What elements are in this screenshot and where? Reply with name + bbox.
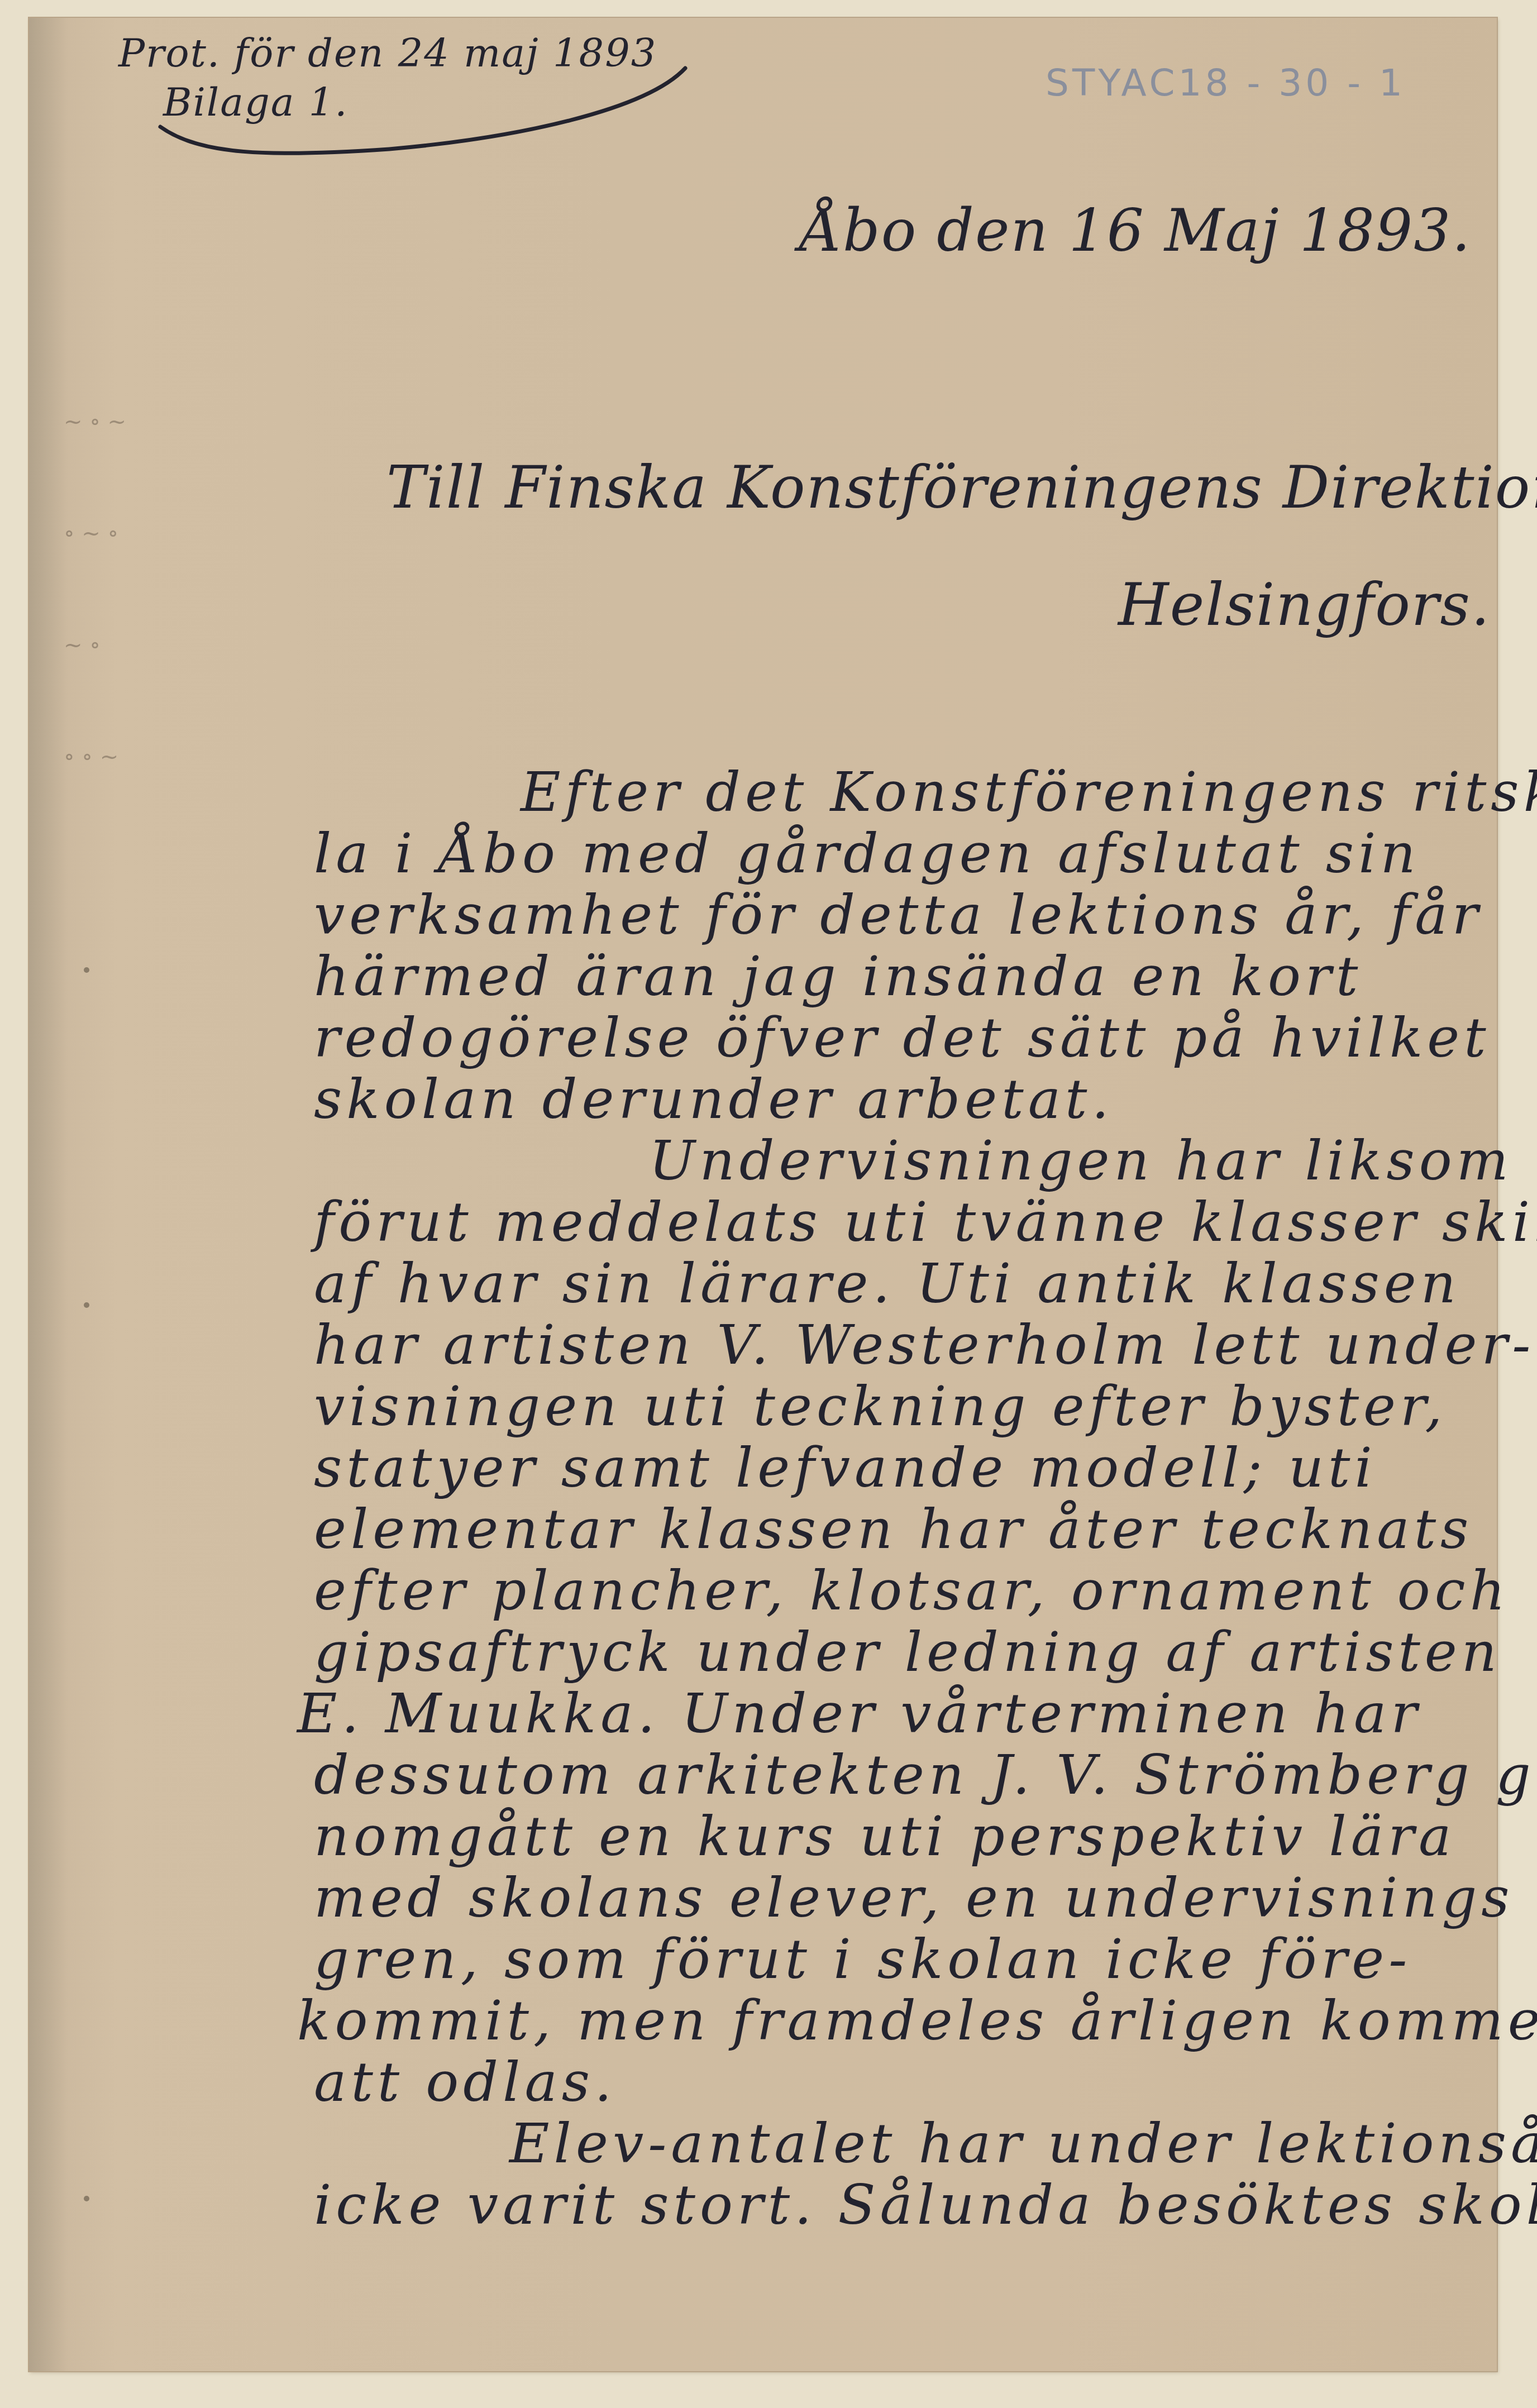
body-line: att odlas. xyxy=(314,2051,616,2114)
bleed-through-marks: ~ ∘ xyxy=(64,632,101,658)
body-line: gren, som förut i skolan icke före- xyxy=(314,1928,1411,1991)
body-line: Efter det Konstföreningens ritsko- xyxy=(521,761,1537,824)
body-line: la i Åbo med gårdagen afslutat sin xyxy=(314,822,1420,886)
body-line: statyer samt lefvande modell; uti xyxy=(314,1436,1377,1500)
body-line: skolan derunder arbetat. xyxy=(314,1068,1114,1131)
body-line: efter plancher, klotsar, ornament och xyxy=(314,1559,1510,1623)
body-line: härmed äran jag insända en kort xyxy=(314,945,1362,1009)
bleed-through-marks: ~ ∘ ~ xyxy=(64,409,126,434)
archive-reference: STYAC18 - 30 - 1 xyxy=(1046,61,1406,104)
body-line: nomgått en kurs uti perspektiv lära xyxy=(314,1805,1455,1869)
body-line: visningen uti teckning efter byster, xyxy=(314,1375,1447,1439)
recipient-line-2: Helsingfors. xyxy=(1118,571,1491,639)
body-line: kommit, men framdeles årligen kommer xyxy=(297,1989,1537,2053)
body-line: gipsaftryck under ledning af artisten xyxy=(314,1621,1501,1684)
body-line: Undervisningen har liksom xyxy=(649,1129,1513,1193)
body-line: förut meddelats uti tvänne klasser skild… xyxy=(314,1191,1537,1254)
body-line: verksamhet för detta lektions år, får xyxy=(314,883,1483,947)
body-line: redogörelse öfver det sätt på hvilket xyxy=(314,1006,1491,1070)
binding-hole xyxy=(84,1302,89,1308)
body-line: E. Muukka. Under vårterminen har xyxy=(297,1682,1421,1746)
body-line: af hvar sin lärare. Uti antik klassen xyxy=(314,1252,1460,1316)
binding-hole xyxy=(84,967,89,973)
recipient-line-1: Till Finska Konstföreningens Direktion xyxy=(386,453,1537,522)
letter-sheet: ~ ∘ ~ ∘ ~ ∘ ~ ∘ ∘ ∘ ~ Prot. för den 24 m… xyxy=(29,18,1497,2371)
body-line: Elev-antalet har under lektionsåret xyxy=(509,2112,1537,2176)
bleed-through-marks: ∘ ∘ ~ xyxy=(64,744,118,770)
body-line: elementar klassen har åter tecknats xyxy=(314,1498,1473,1561)
bleed-through-marks: ∘ ~ ∘ xyxy=(64,520,118,546)
body-line: med skolans elever, en undervisnings xyxy=(314,1866,1514,1930)
margin-note-underline xyxy=(155,65,702,160)
body-line: har artisten V. Westerholm lett under- xyxy=(314,1313,1535,1377)
body-line: dessutom arkitekten J. V. Strömberg ge- xyxy=(314,1743,1537,1807)
binding-hole xyxy=(84,2196,89,2201)
body-line: icke varit stort. Sålunda besöktes skola… xyxy=(314,2173,1537,2237)
place-date: Åbo den 16 Maj 1893. xyxy=(800,197,1471,265)
